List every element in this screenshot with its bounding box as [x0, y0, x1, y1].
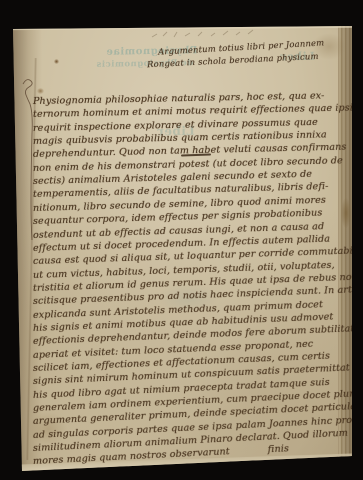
paper-stain [54, 59, 59, 64]
faint-scribble-marks [148, 28, 263, 42]
manuscript-lines: Physiognomia philosophiae naturalis pars… [33, 95, 351, 465]
finis-label: finis [267, 444, 289, 456]
book-page: Physiognomiae de Physiognomicis Liber Li… [0, 0, 363, 480]
manuscript-photo: Physiognomiae de Physiognomicis Liber Li… [0, 0, 363, 480]
